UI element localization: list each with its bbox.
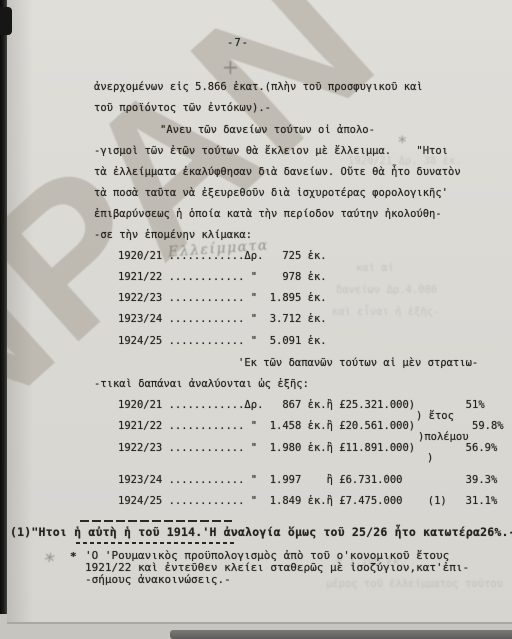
pencil-cross-mark: + (222, 55, 239, 79)
brace-label-etos: ) ἔτος (416, 409, 454, 423)
paragraph-line: -τικαὶ δαπάναι ἀναλύονται ὡς ἑξῆς: (94, 377, 309, 391)
paragraph-line: 'Εκ τῶν δαπανῶν τούτων αἱ μὲν στρατιω- (238, 356, 478, 370)
paragraph-line: τὰ ἐλλείμματα ἐκαλύφθησαν διὰ δανείων. Ο… (94, 165, 461, 179)
footnote-line: -σήμους ἀνακοινώσεις.- (85, 574, 231, 586)
bleedthrough-line: καὶ εἶναι ἡ ἑξῆς- (332, 306, 439, 318)
scan-bottom-edge (170, 630, 512, 639)
military-table-row: 1923/24 ............ " 1.997 ἢ £6.731.00… (118, 473, 497, 487)
pencil-star-mark: * (398, 133, 407, 153)
scan-left-edge (0, 0, 7, 614)
deficits-table-row: 1923/24 ............ " 3.712 ἑκ. (118, 312, 327, 326)
scan-corner-mark (0, 7, 12, 35)
paragraph-line: τοῦ προϊόντος τῶν ἐντόκων).- (94, 101, 271, 115)
paragraph-line: ἐπιβαρύνσεως ἡ ὁποία κατὰ τὴν περίοδον τ… (94, 207, 442, 221)
separator-line (80, 520, 232, 522)
deficits-table-row: 1921/22 ............ " 978 ἑκ. (118, 270, 327, 284)
footnote-marker: * (70, 551, 77, 563)
paragraph-line: "Ανευ τῶν δανείων τούτων οἱ ἀπολο- (160, 123, 375, 137)
brace-label-close: ) (427, 451, 433, 465)
footnote-1: (1)"Ητοι ἡ αὐτὴ ἡ τοῦ 1914.'Η ἀναλογία ὅ… (10, 525, 512, 539)
separator-line (76, 542, 234, 544)
paragraph-line: -γισμοὶ τῶν ἐτῶν τούτων θὰ ἔκλειον μὲ ἔλ… (94, 144, 448, 158)
deficits-table-row: 1924/25 ............ " 5.091 ἑκ. (118, 334, 327, 348)
bleedthrough-line: καὶ αἱ (356, 262, 394, 274)
military-table-row: 1924/25 ............ " 1.849 ἑκ.ἢ £7.475… (118, 494, 497, 508)
brace-label-polemou: )πολέμου (418, 430, 469, 444)
paragraph-line: ἀνερχομένων εἰς 5.866 ἑκατ.(πλὴν τοῦ προ… (94, 80, 423, 94)
bleedthrough-line: δανείων Δρ.4.086 (336, 284, 437, 296)
bleedthrough-line: μέρος τοῦ ἐλλείμματος τούτου (326, 578, 503, 590)
page-number: -7- (227, 36, 249, 50)
deficits-table-row: 1922/23 ............ " 1.895 ἑκ. (118, 291, 327, 305)
scanned-document-page: ΝΡΑΝ 1920/21 Δρ. 38 ἑκ. καὶ αἱ δανείων Δ… (0, 0, 512, 639)
paragraph-line: τὰ ποσὰ ταῦτα νὰ ἐξευρεθοῦν διὰ ἰσχυροτέ… (94, 186, 448, 200)
